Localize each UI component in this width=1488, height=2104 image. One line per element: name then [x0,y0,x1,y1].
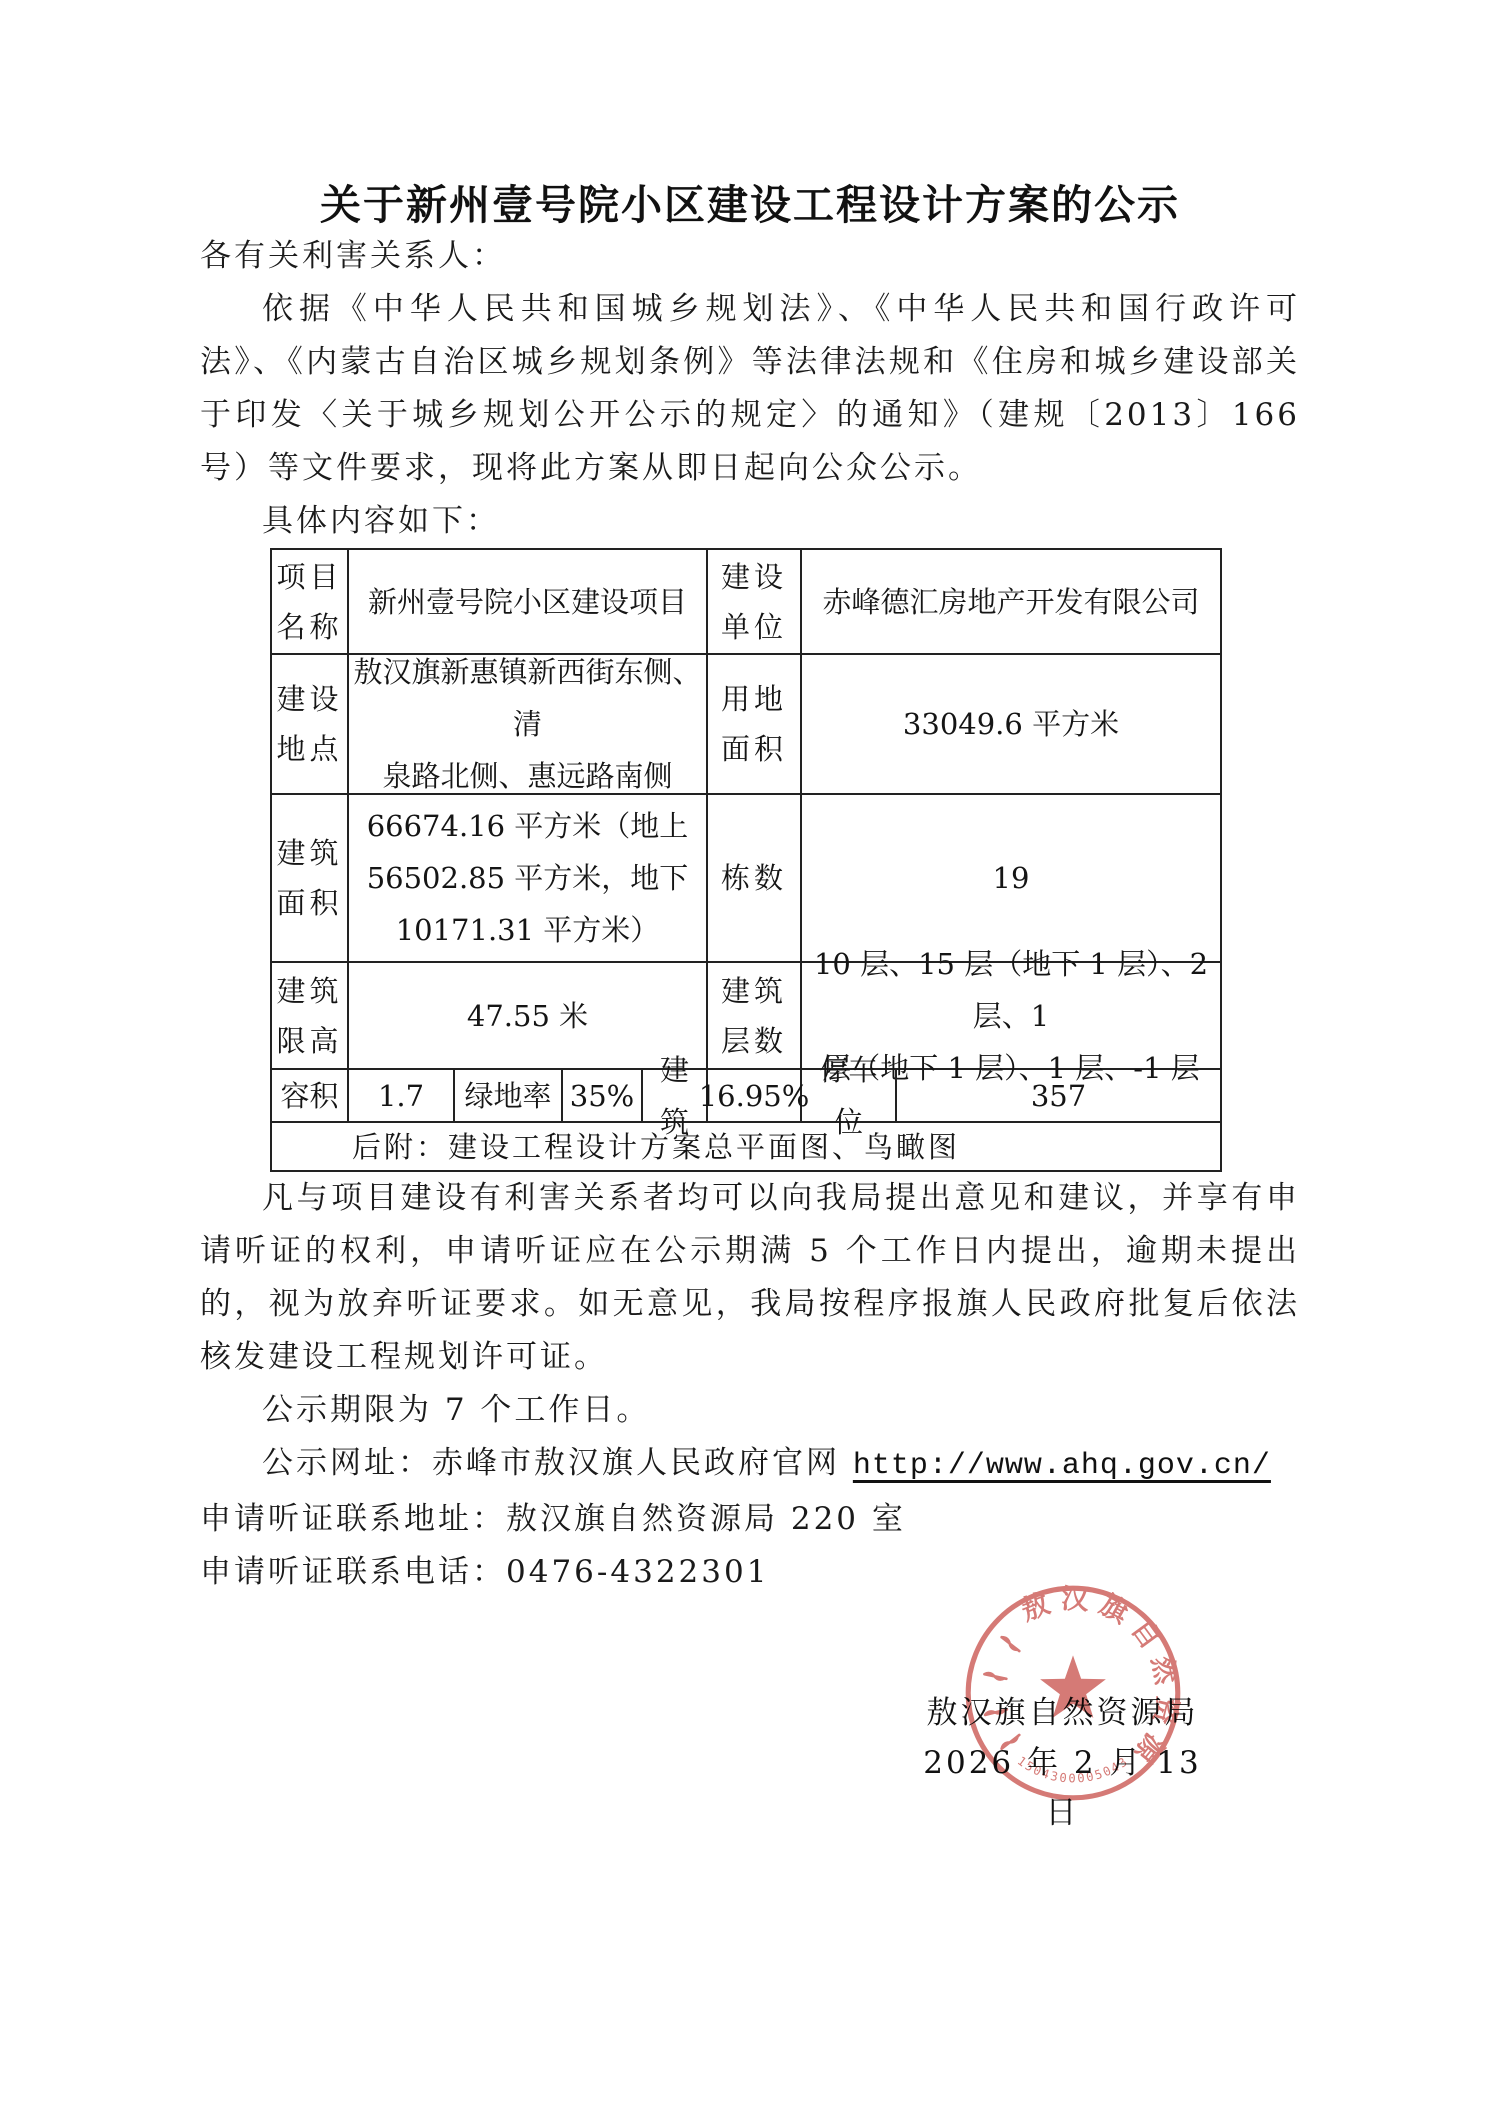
notice-page: 关于新州壹号院小区建设工程设计方案的公示 各有关利害关系人： 依据《中华人民共和… [0,0,1488,2104]
height-limit-label: 建筑 限高 [272,963,349,1068]
table-row: 建筑 限高 47.55 米 建筑 层数 10 层、15 层（地下 1 层）、2 … [272,963,1220,1070]
table-footnote: 后附：建设工程设计方案总平面图、鸟瞰图 [272,1123,1220,1170]
location-value: 敖汉旗新惠镇新西街东侧、清 泉路北侧、惠远路南侧 [349,655,708,793]
website-link[interactable]: http://www.ahq.gov.cn/ [853,1449,1271,1483]
building-count-value: 19 [802,795,1220,961]
land-area-label: 用地 面积 [708,655,802,793]
page-title: 关于新州壹号院小区建设工程设计方案的公示 [200,180,1300,230]
floor-area-value: 66674.16 平方米（地上 56502.85 平方米，地下 10171.31… [349,795,708,961]
hearing-phone-line: 申请听证联系电话：0476-4322301 [200,1546,1300,1599]
website-label: 公示网址：赤峰市敖汉旗人民政府官网 [262,1445,853,1481]
issuer-name: 敖汉旗自然资源局 [920,1688,1205,1738]
storeys-label: 建筑 层数 [708,963,802,1068]
building-count-label: 栋数 [708,795,802,961]
salutation: 各有关利害关系人： [200,230,1300,283]
plot-ratio-value: 1.7 [349,1070,455,1121]
hearing-address-line: 申请听证联系地址：敖汉旗自然资源局 220 室 [200,1493,1300,1546]
plot-ratio-label: 容积 [272,1070,349,1121]
details-lead: 具体内容如下： [200,495,1300,548]
intro-paragraph: 依据《中华人民共和国城乡规划法》、《中华人民共和国行政许可法》、《内蒙古自治区城… [200,283,1300,495]
table-row: 项目 名称 新州壹号院小区建设项目 建设 单位 赤峰德汇房地产开发有限公司 [272,550,1220,655]
project-name-label: 项目 名称 [272,550,349,653]
building-density-value: 16.95% [708,1070,802,1121]
project-name-value: 新州壹号院小区建设项目 [349,550,708,653]
location-label: 建设 地点 [272,655,349,793]
website-line: 公示网址：赤峰市敖汉旗人民政府官网 http://www.ahq.gov.cn/ [200,1437,1300,1493]
period-line: 公示期限为 7 个工作日。 [200,1384,1300,1437]
table-row: 建设 地点 敖汉旗新惠镇新西街东侧、清 泉路北侧、惠远路南侧 用地 面积 330… [272,655,1220,795]
construction-unit-label: 建设 单位 [708,550,802,653]
project-details-table: 项目 名称 新州壹号院小区建设项目 建设 单位 赤峰德汇房地产开发有限公司 建设… [270,548,1222,1172]
floor-area-label: 建筑 面积 [272,795,349,961]
table-row: 容积 1.7 绿地率 35% 建筑 16.95% 停车位 357 [272,1070,1220,1123]
signature-block: 敖汉旗自然资源局 2026 年 2 月 13 日 [920,1688,1205,1838]
construction-unit-value: 赤峰德汇房地产开发有限公司 [802,550,1220,653]
closing-paragraph: 凡与项目建设有利害关系者均可以向我局提出意见和建议，并享有申请听证的权利，申请听… [200,1172,1300,1384]
parking-value: 357 [897,1070,1220,1121]
issue-date: 2026 年 2 月 13 日 [920,1738,1205,1838]
land-area-value: 33049.6 平方米 [802,655,1220,793]
table-row: 后附：建设工程设计方案总平面图、鸟瞰图 [272,1123,1220,1170]
green-rate-label: 绿地率 [455,1070,563,1121]
green-rate-value: 35% [563,1070,643,1121]
parking-label: 停车位 [802,1070,897,1121]
